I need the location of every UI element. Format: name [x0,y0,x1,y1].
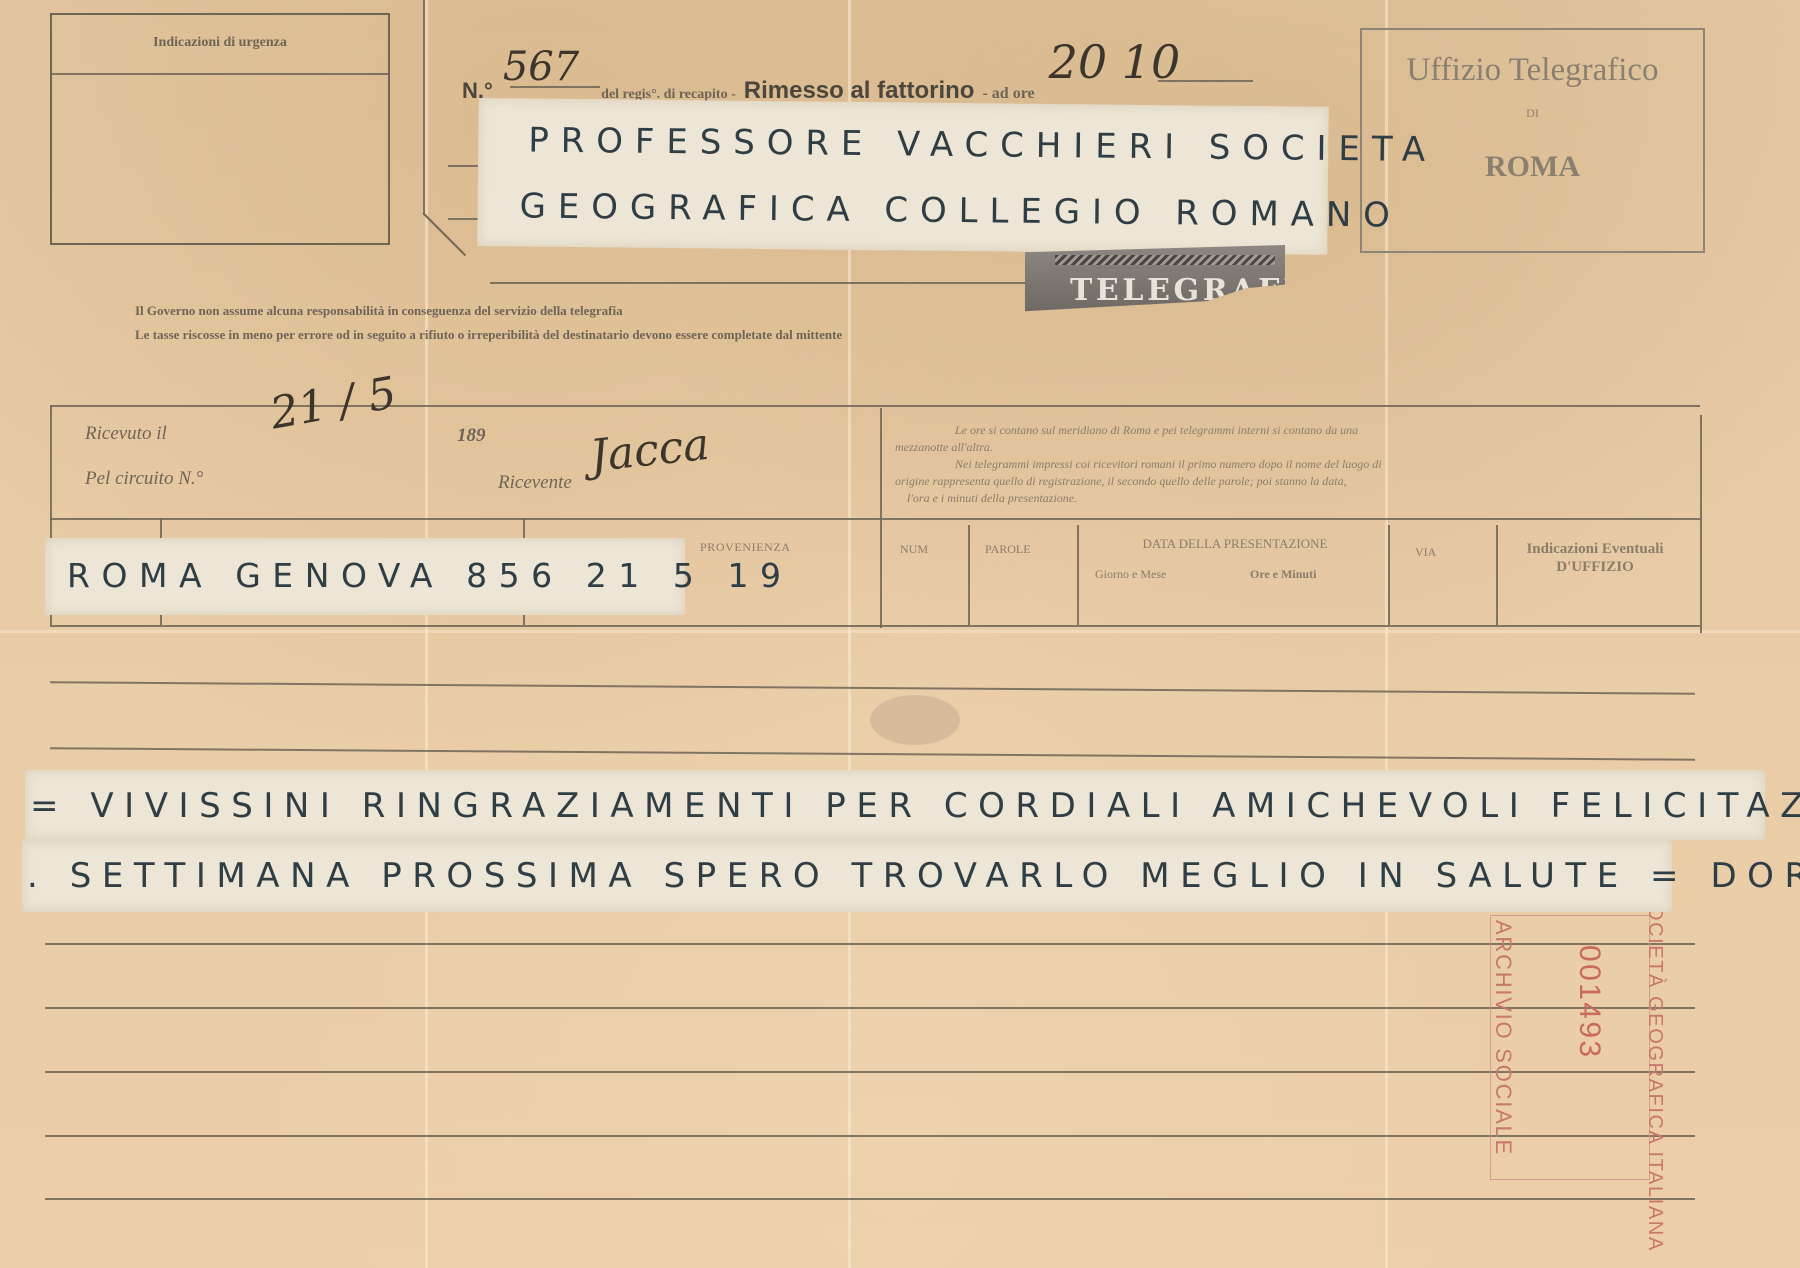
urgency-box: Indicazioni di urgenza [50,13,390,245]
message-tape-line-1: = VIVISSINI RINGRAZIAMENTI PER CORDIALI … [25,770,1765,840]
office-stamp-di: DI [1362,106,1703,121]
archive-stamp-number: 001493 [1572,945,1606,1060]
urgency-label: Indicazioni di urgenza [52,35,388,51]
message-line [45,1198,1695,1200]
message-line-1: = VIVISSINI RINGRAZIAMENTI PER CORDIALI … [30,786,1800,826]
table-mid-line [50,518,1700,520]
paper-fold [0,630,1800,633]
ink-smudge [870,695,960,745]
origin-tape: ROMA GENOVA 856 21 5 19 [45,538,685,615]
office-stamp: Uffizio Telegrafico DI ROMA [1360,28,1705,253]
delivered-label: Rimesso al fattorino [744,77,975,104]
column-provenienza: PROVENIENZA [700,540,791,555]
table-divider [880,408,882,628]
notes-line: Le ore si contano sul meridiano di Roma … [895,422,1675,439]
recipient-line-1: PROFESSORE VACCHIERI SOCIETA [528,121,1437,171]
receiver-label: Ricevente [498,472,572,494]
notes-line: l'ora e i minuti della presentazione. [895,490,1675,507]
archive-stamp-society: SOCIETÀ GEOGRAFICA ITALIANA [1643,890,1666,1252]
column-data-presentazione: DATA DELLA PRESENTAZIONE [1085,536,1385,552]
notes-text: Le ore si contano sul meridiano di Roma … [895,422,1675,507]
received-label: Ricevuto il [85,423,167,445]
address-line [490,282,1030,284]
message-line [45,1135,1695,1137]
office-stamp-city: ROMA [1362,150,1703,184]
column-via: VIA [1415,545,1436,560]
office-stamp-title: Uffizio Telegrafico [1362,52,1703,89]
column-giorno-mese: Giorno e Mese [1095,567,1166,582]
notes-line: mezzanotte all'altra. [895,439,1675,456]
column-divider [968,525,970,625]
disclaimer-line-2: Le tasse riscosse in meno per errore od … [135,327,842,343]
paper-fold [425,0,428,1268]
circuit-label: Pel circuito N.° [85,468,203,490]
hour-underline [1158,80,1253,82]
year-prefix: 189 [457,425,486,447]
column-indicazioni-ufficio: Indicazioni Eventuali D'UFFIZIO [1500,540,1690,576]
table-bottom-line [50,625,1700,627]
number-underline [510,86,600,88]
notes-line: Nei telegrammi impressi coi ricevitori r… [895,456,1675,473]
recipient-line-2: GEOGRAFICA COLLEGIO ROMANO [519,186,1402,235]
address-border [423,0,425,215]
divider [52,73,388,75]
rope-ornament [1055,255,1275,265]
message-line [45,1007,1695,1009]
column-divider [1388,525,1390,625]
column-parole: PAROLE [985,542,1031,557]
recipient-tape: PROFESSORE VACCHIERI SOCIETA GEOGRAFICA … [477,98,1329,255]
column-divider [1496,525,1498,625]
origin-text: ROMA GENOVA 856 21 5 19 [67,556,793,595]
message-line [45,943,1695,945]
message-line [45,1071,1695,1073]
table-border [1700,415,1702,633]
message-tape-line-2: . SETTIMANA PROSSIMA SPERO TROVARLO MEGL… [22,840,1672,912]
hour-label: - ad ore [982,85,1034,102]
column-ore-minuti: Ore e Minuti [1250,567,1316,582]
column-num: NUM [900,542,928,557]
column-divider [1077,525,1079,625]
handwritten-number: 567 [503,44,579,90]
archive-stamp-label: ARCHIVIO SOCIALE [1490,920,1516,1156]
disclaimer-line-1: Il Governo non assume alcuna responsabil… [135,303,623,319]
notes-line: origine rappresenta quello di registrazi… [895,473,1675,490]
message-line-2: . SETTIMANA PROSSIMA SPERO TROVARLO MEGL… [27,856,1800,896]
